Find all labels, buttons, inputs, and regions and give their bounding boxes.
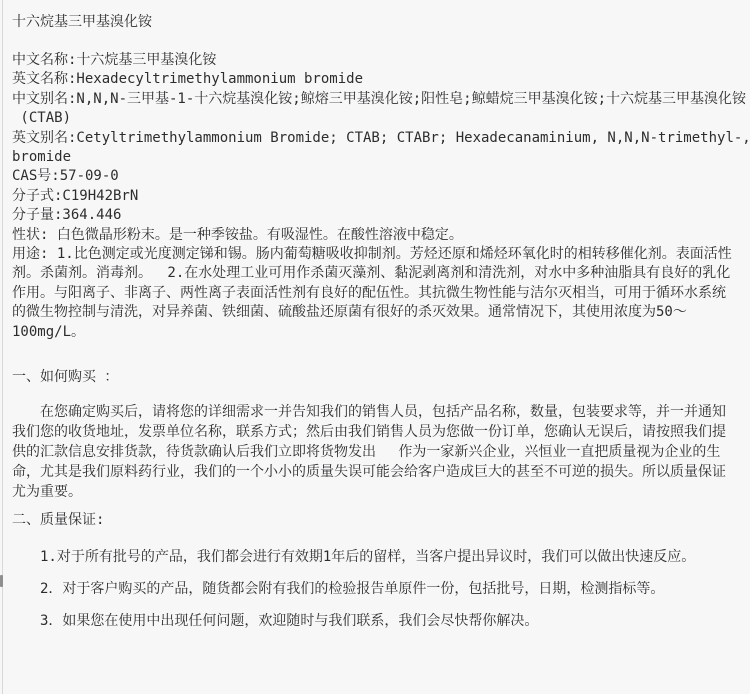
info-line-cn-aliases: 中文别名:N,N,N-三甲基-1-十六烷基溴化铵;鲸熔三甲基溴化铵;阳性皂;鲸蜡… [12, 90, 750, 129]
chemical-info: 中文名称:十六烷基三甲基溴化铵 英文名称:Hexadecyltrimethyla… [12, 51, 750, 342]
quality-item-3: 3．如果您在使用中出现任何问题，欢迎随时与我们联系，我们会尽快帮你解决。 [12, 611, 750, 631]
info-line-en-aliases: 英文别名:Cetyltrimethylammonium Bromide; CTA… [12, 129, 750, 168]
section-heading-how-to-buy: 一、如何购买 ： [12, 367, 750, 387]
document-body: 十六烷基三甲基溴化铵 中文名称:十六烷基三甲基溴化铵 英文名称:Hexadecy… [0, 0, 750, 631]
info-line-en-name: 英文名称:Hexadecyltrimethylammonium bromide [12, 70, 750, 89]
section-heading-quality-guarantee: 二、质量保证: [12, 510, 750, 530]
info-line-cn-name: 中文名称:十六烷基三甲基溴化铵 [12, 51, 750, 70]
how-to-buy-paragraph: 在您确定购买后，请将您的详细需求一并告知我们的销售人员，包括产品名称，数量，包装… [12, 402, 750, 502]
info-line-molecular-formula: 分子式:C19H42BrN [12, 187, 750, 206]
info-line-cas-number: CAS号:57-09-0 [12, 167, 750, 186]
info-line-uses: 用途: 1.比色测定或光度测定锑和锡。肠内葡萄糖吸收抑制剂。芳烃还原和烯烃环氧化… [12, 245, 750, 342]
info-line-molecular-weight: 分子量:364.446 [12, 206, 750, 225]
info-line-properties: 性状: 白色微晶形粉末。是一种季铵盐。有吸湿性。在酸性溶液中稳定。 [12, 226, 750, 245]
quality-item-1: 1.对于所有批号的产品，我们都会进行有效期1年后的留样，当客户提出异议时，我们可… [12, 547, 750, 567]
page-title: 十六烷基三甲基溴化铵 [12, 13, 750, 32]
quality-item-2: 2．对于客户购买的产品，随货都会附有我们的检验报告单原件一份，包括批号，日期，检… [12, 579, 750, 599]
